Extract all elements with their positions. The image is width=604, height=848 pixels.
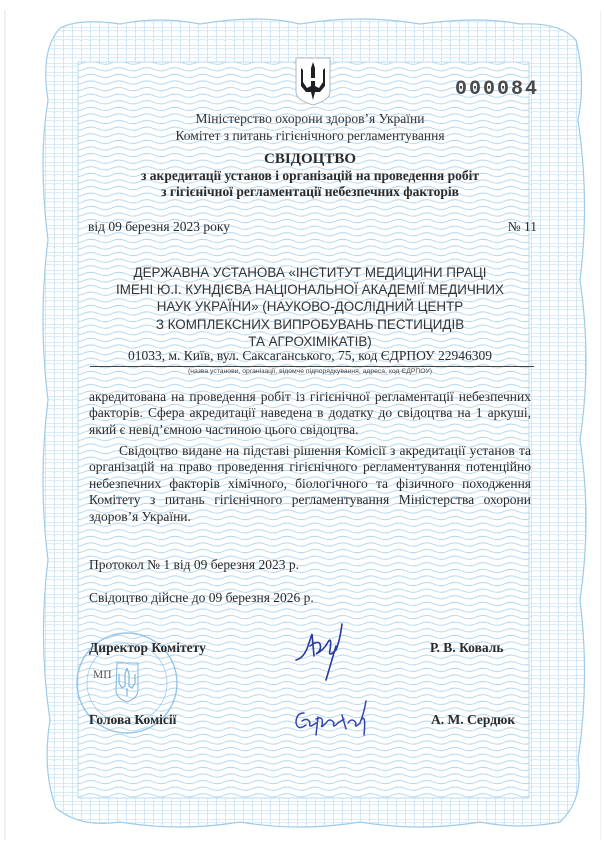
certificate-number: № 11: [508, 219, 537, 235]
protocol-reference: Протокол № 1 від 09 березня 2023 р.: [89, 557, 299, 573]
subtitle-line: з гігієнічної регламентації небезпечних …: [80, 184, 540, 200]
accreditation-paragraph: акредитована на проведення робіт із гігі…: [89, 389, 531, 438]
serial-number: 000084: [455, 78, 539, 101]
document-subtitle: з акредитації установ і організацій на п…: [80, 168, 540, 200]
signature-chairman: [290, 695, 380, 740]
organization-line: ДЕРЖАВНА УСТАНОВА «ІНСТИТУТ МЕДИЦИНИ ПРА…: [80, 264, 540, 281]
issue-date: від 09 березня 2023 року: [88, 219, 230, 235]
organization-line: З КОМПЛЕКСНИХ ВИПРОБУВАНЬ ПЕСТИЦИДІВ: [80, 316, 540, 333]
organization-line: ІМЕНІ Ю.І. КУНДІЄВА НАЦІОНАЛЬНОЇ АКАДЕМІ…: [80, 281, 540, 298]
organization-name: ДЕРЖАВНА УСТАНОВА «ІНСТИТУТ МЕДИЦИНИ ПРА…: [80, 264, 540, 350]
basis-paragraph: Свідоцтво видане на підставі рішення Ком…: [89, 443, 531, 525]
certificate: 000084 Міністерство охорони здоров’я Укр…: [0, 0, 604, 848]
subtitle-line: з акредитації установ і організацій на п…: [80, 168, 540, 184]
signatory-name: А. М. Сердюк: [431, 712, 515, 728]
signatory-role: Директор Комітету: [89, 640, 206, 656]
organization-line: НАУК УКРАЇНИ» (НАУКОВО-ДОСЛІДНИЙ ЦЕНТР: [80, 298, 540, 315]
address-caption: (назва установи, організації, відомче пі…: [90, 368, 530, 375]
signature-director: [290, 620, 360, 685]
signatory-role: Голова Комісії: [89, 712, 176, 728]
stamp-label: МП: [93, 669, 112, 681]
committee-name: Комітет з питань гігієнічного регламенту…: [80, 127, 540, 144]
address-underline: [90, 366, 534, 367]
document-title: СВІДОЦТВО: [80, 151, 540, 168]
organization-address: 01033, м. Київ, вул. Саксаганського, 75,…: [90, 348, 530, 364]
ministry-name: Міністерство охорони здоров’я України: [80, 110, 540, 127]
signatory-name: Р. В. Коваль: [430, 640, 503, 656]
trident-icon: [293, 56, 333, 106]
validity-date: Свідоцтво дійсне до 09 березня 2026 р.: [89, 590, 314, 606]
issuer-block: Міністерство охорони здоров’я України Ко…: [80, 110, 540, 144]
